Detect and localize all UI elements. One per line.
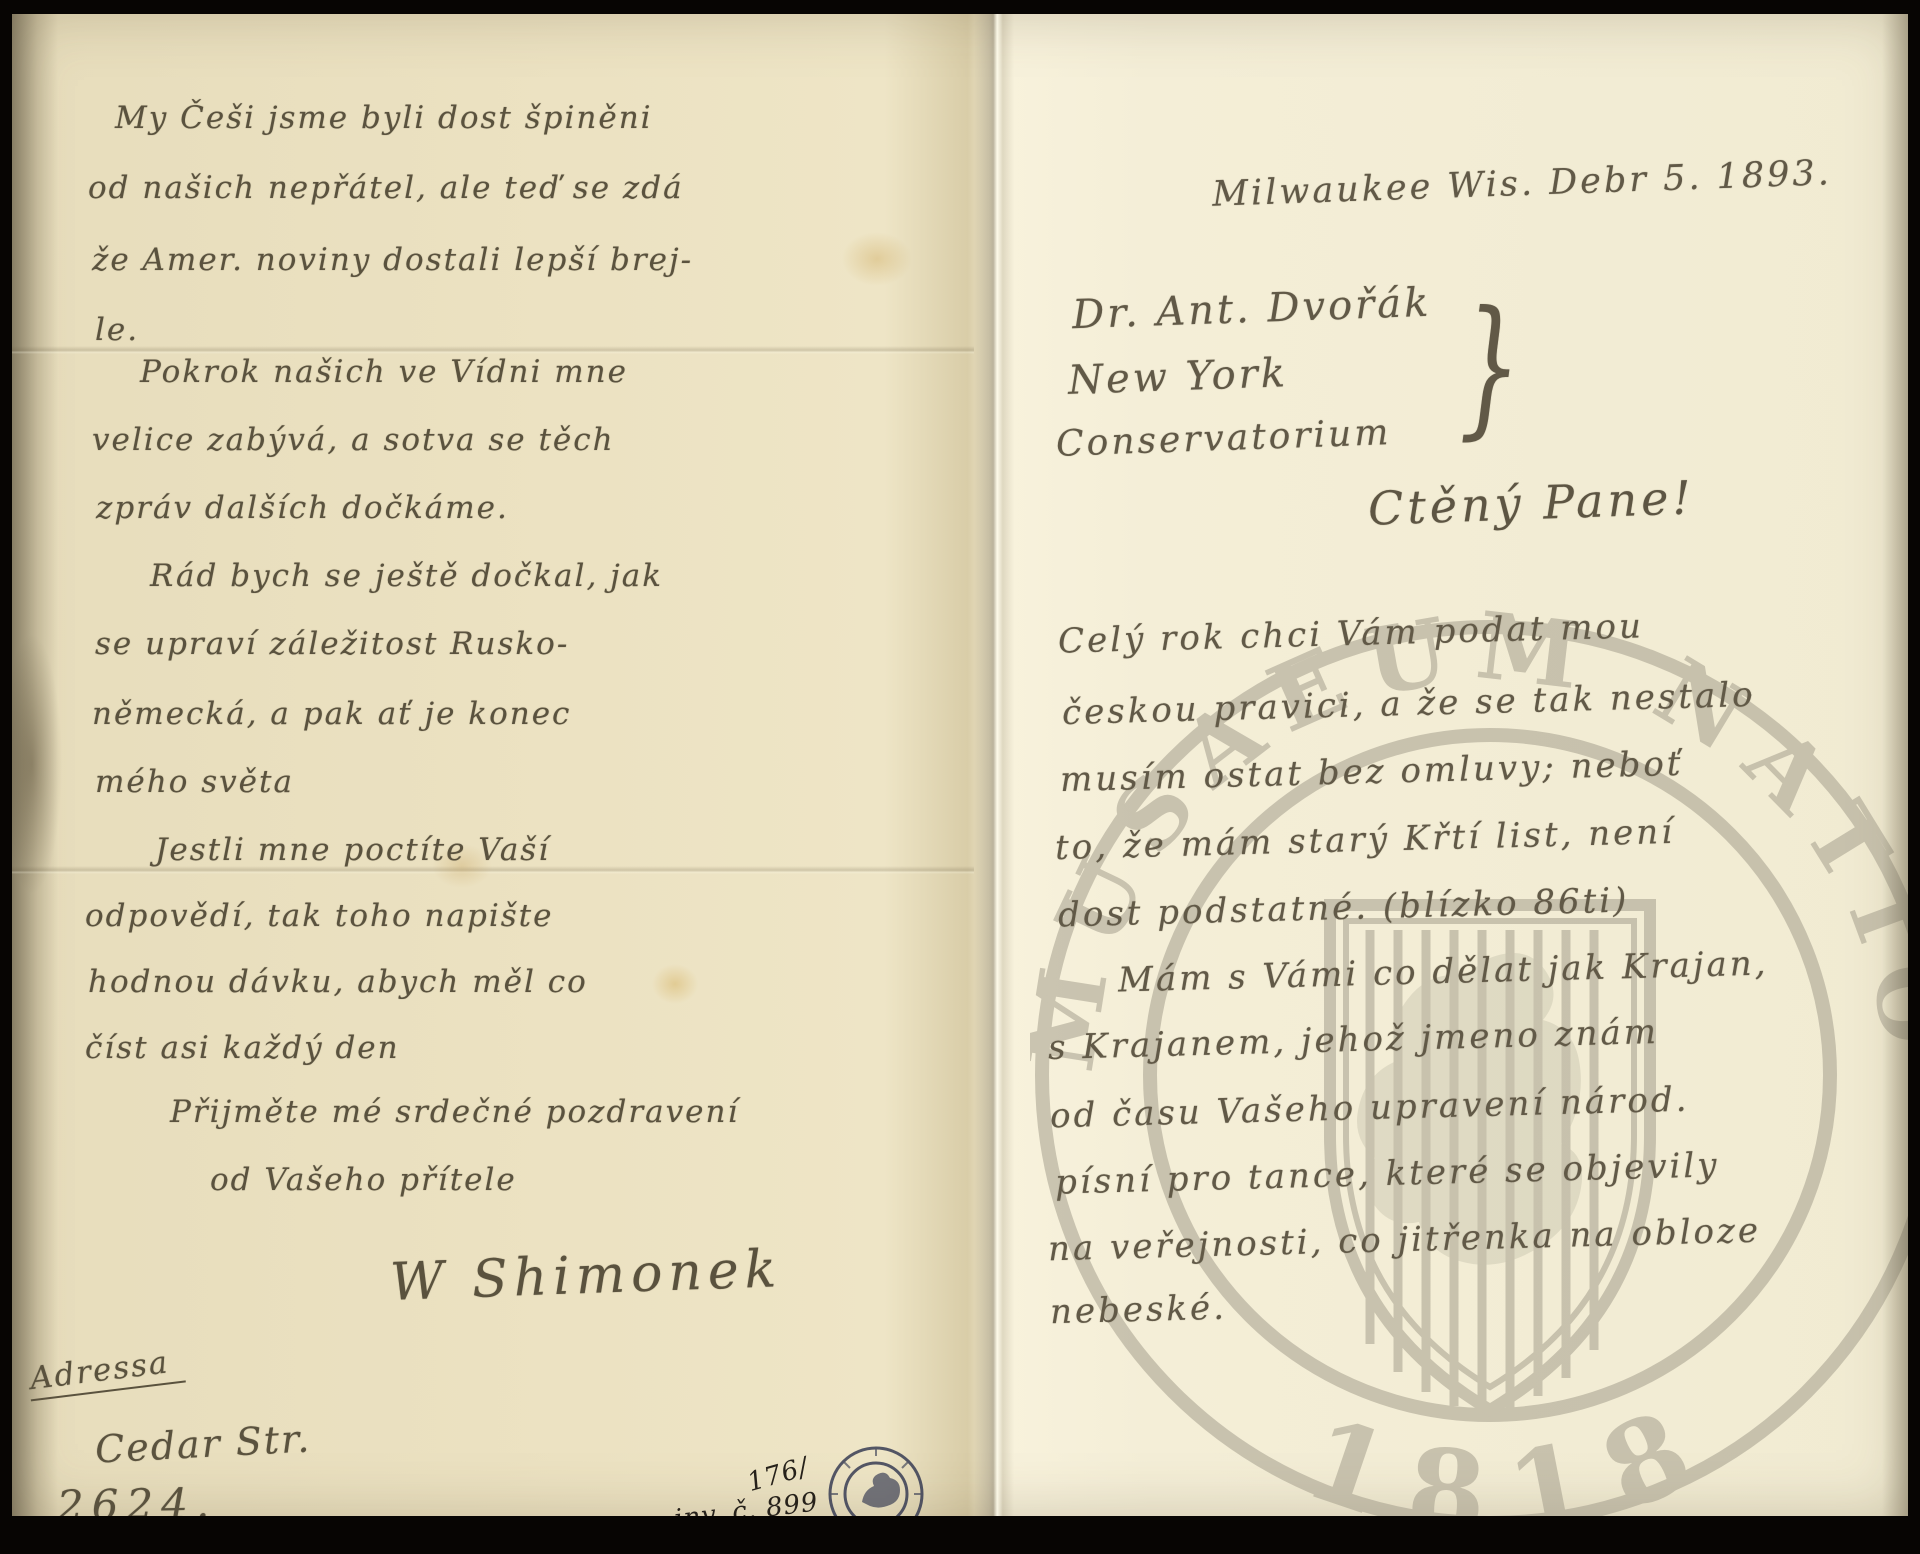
- handwritten-line: hodnou dávku, abych měl co: [88, 964, 588, 1000]
- handwritten-line: Pokrok našich ve Vídni mne: [140, 354, 628, 390]
- letter-paper: MUSAEUM NATIONALE: [12, 14, 1908, 1516]
- recipient-brace: }: [1459, 280, 1522, 454]
- handwritten-line: My Češi jsme byli dost špiněni: [115, 100, 653, 136]
- handwritten-line: mého světa: [95, 764, 294, 800]
- right-edge-shadow: [1882, 14, 1908, 1516]
- paper-stain: [842, 232, 912, 286]
- inventory-number-bottom: inv. č. 899: [673, 1487, 820, 1516]
- handwritten-line: nebeské.: [1050, 1288, 1228, 1333]
- dateline: Milwaukee Wis. Debr 5. 1893.: [1211, 153, 1832, 215]
- signature: W Shimonek: [389, 1239, 783, 1313]
- handwritten-line: to, že mám starý Křtí list, není: [1055, 812, 1676, 868]
- address-label: Adressa: [26, 1343, 185, 1402]
- handwritten-line: číst asi každý den: [85, 1030, 400, 1066]
- museum-ink-stamp: [824, 1442, 928, 1516]
- handwritten-line: Jestli mne poctíte Vaší: [155, 832, 550, 868]
- handwritten-line: od času Vašeho upravení národ.: [1050, 1080, 1690, 1137]
- handwritten-line: písní pro tance, které se objevily: [1055, 1145, 1720, 1202]
- address-number: 2624.: [57, 1479, 218, 1516]
- left-edge-shadow: [12, 14, 58, 1516]
- handwritten-line: Přijměte mé srdečné pozdravení: [170, 1094, 739, 1130]
- address-street: Cedar Str.: [94, 1416, 312, 1471]
- handwritten-line: le.: [95, 312, 139, 348]
- handwritten-line: od našich nepřátel, ale teď se zdá: [88, 170, 684, 206]
- handwritten-line: musím ostat bez omluvy; neboť: [1060, 744, 1684, 800]
- handwritten-line: Mám s Vámi co dělat jak Krajan,: [1118, 943, 1769, 1000]
- photographed-letter-scene: MUSAEUM NATIONALE: [0, 0, 1920, 1554]
- handwritten-line: se upraví záležitost Rusko-: [95, 626, 569, 662]
- recipient-line: Dr. Ant. Dvořák: [1071, 280, 1432, 339]
- salutation: Ctěný Pane!: [1367, 470, 1695, 535]
- ink-stamp-figure: [862, 1473, 900, 1508]
- handwritten-line: dost podstatné. (blízko 86ti): [1058, 881, 1630, 936]
- handwritten-line: že Amer. noviny dostali lepší brej-: [92, 242, 693, 278]
- handwritten-line: velice zabývá, a sotva se těch: [92, 422, 615, 458]
- handwritten-line: odpovědí, tak toho napište: [85, 898, 553, 934]
- handwritten-line: Celý rok chci Vám podat mou: [1058, 606, 1645, 661]
- paper-stain: [652, 964, 698, 1004]
- paper-smudge: [12, 634, 62, 894]
- center-fold-crease: [974, 14, 1014, 1516]
- handwritten-line: zpráv dalších dočkáme.: [96, 490, 509, 526]
- handwritten-line: od Vašeho přítele: [210, 1162, 517, 1198]
- handwritten-line: německá, a pak ať je konec: [92, 696, 571, 732]
- fold-crease-upper: [12, 346, 974, 354]
- handwritten-line: na veřejnosti, co jitřenka na obloze: [1048, 1211, 1762, 1270]
- watermark-year: 1818: [1290, 1371, 1741, 1516]
- handwritten-line: s Krajanem, jehož jmeno znám: [1048, 1012, 1660, 1068]
- recipient-line: New York: [1067, 350, 1288, 404]
- svg-text:1818: 1818: [1290, 1371, 1741, 1516]
- handwritten-line: českou pravici, a že se tak nestalo: [1062, 675, 1756, 733]
- recipient-line: Conservatorium: [1055, 412, 1392, 465]
- handwritten-line: Rád bych se ještě dočkal, jak: [150, 558, 663, 594]
